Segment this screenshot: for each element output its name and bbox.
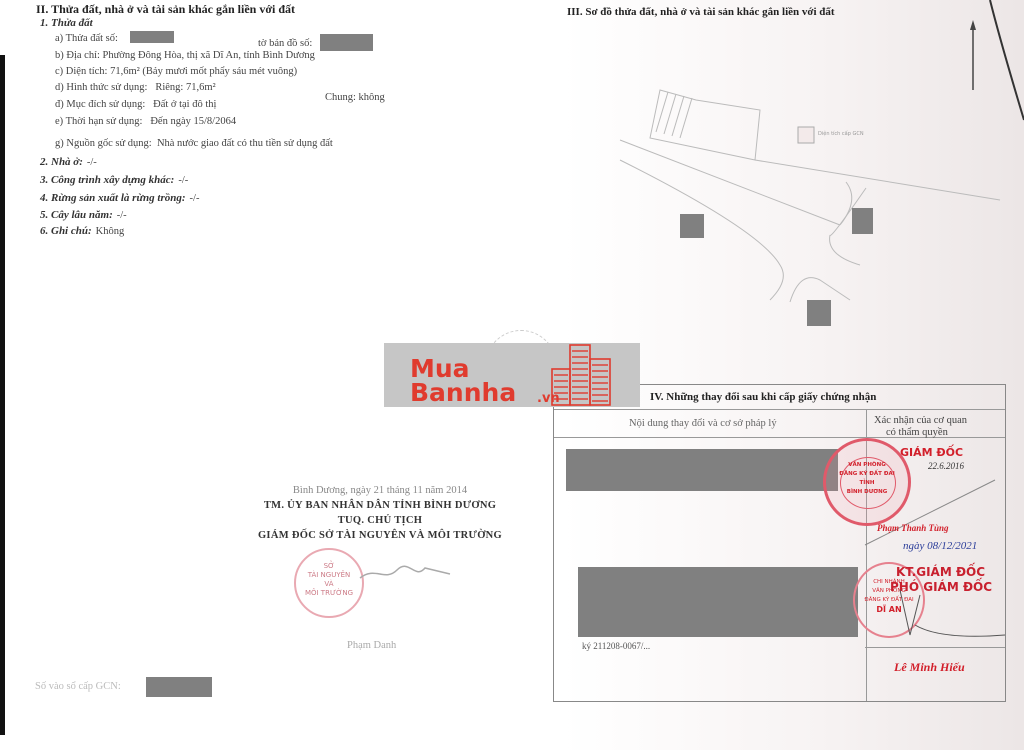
redacted-change-entry-2 xyxy=(578,567,858,637)
entry2-signature xyxy=(880,585,1010,645)
redacted-neighbor-3 xyxy=(807,300,831,326)
watermark-banner: Mua Bannha .vn xyxy=(384,343,640,407)
section-iv-heading: IV. Những thay đổi sau khi cấp giấy chứn… xyxy=(650,391,876,403)
entry1-signature xyxy=(860,470,1000,550)
entry1-signer: Phạm Thanh Tùng xyxy=(877,523,949,533)
col-authority-header-2: có thẩm quyền xyxy=(886,427,948,438)
redacted-change-entry-1 xyxy=(566,449,838,491)
building-logo-icon xyxy=(550,343,612,407)
entry2-signer: Lê Minh Hiếu xyxy=(894,660,965,675)
entry-reference: ký 211208-0067/... xyxy=(582,641,650,651)
col-content-header: Nội dung thay đổi và cơ sở pháp lý xyxy=(629,418,777,429)
entry2-date: ngày 08/12/2021 xyxy=(903,540,977,552)
redacted-neighbor-1 xyxy=(680,214,704,238)
redacted-neighbor-2 xyxy=(852,208,873,234)
col-authority-header-1: Xác nhận của cơ quan xyxy=(874,415,967,426)
entry1-title: GIÁM ĐỐC xyxy=(900,446,963,459)
entry2-title-1: KT.GIÁM ĐỐC xyxy=(896,565,985,579)
certificate-page: II. Thửa đất, nhà ở và tài sản khác gắn … xyxy=(0,0,1024,750)
watermark-line-2: Bannha xyxy=(410,381,516,405)
diagram-legend: Diện tích cấp GCN xyxy=(818,131,864,137)
